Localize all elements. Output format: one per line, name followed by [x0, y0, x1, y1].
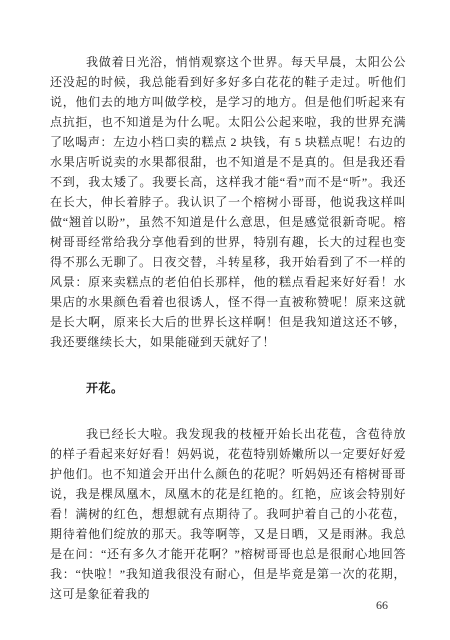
document-page: 我做着日光浴，悄悄观察这个世界。每天早晨，太阳公公还没起的时候，我总能看到好多好…	[0, 0, 450, 640]
page-number: 66	[376, 598, 388, 612]
text-block: 我做着日光浴，悄悄观察这个世界。每天早晨，太阳公公还没起的时候，我总能看到好多好…	[50, 52, 406, 604]
paragraph-growing: 我做着日光浴，悄悄观察这个世界。每天早晨，太阳公公还没起的时候，我总能看到好多好…	[50, 52, 406, 352]
paragraph-blooming: 我已经长大啦。我发现我的枝桠开始长出花苞，含苞待放的样子看起来好好看！妈妈说，花…	[50, 424, 406, 604]
section-heading-blooming: 开花。	[50, 378, 406, 398]
